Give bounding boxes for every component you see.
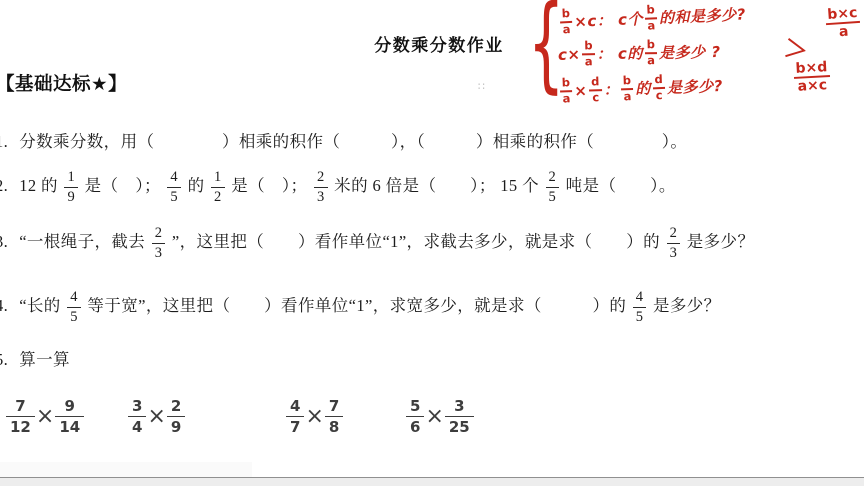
fraction-numerator: 2 bbox=[314, 168, 328, 188]
fraction: dc bbox=[589, 75, 602, 104]
fraction: ba bbox=[621, 74, 634, 103]
fraction-numerator: b bbox=[582, 39, 594, 54]
fraction-denominator: c bbox=[589, 91, 602, 105]
fraction-numerator: 1 bbox=[211, 168, 225, 188]
fraction: ba bbox=[645, 38, 658, 67]
question-5: 5.算一算 bbox=[0, 346, 864, 370]
fraction: dc bbox=[652, 73, 665, 102]
question-number: 1. bbox=[0, 132, 8, 152]
fraction: 78 bbox=[325, 396, 343, 438]
question-3: 3.“一根绳子，截去 23 ”，这里把（ ）看作单位“1”，求截去多少，就是求（… bbox=[0, 224, 864, 263]
worksheet-page: 分数乘分数作业 { ba×c： c个ba的和是多少? c×ba： c的ba是多少… bbox=[0, 0, 864, 486]
annotation-result-2: b×da×c bbox=[791, 59, 833, 95]
question-1: 1.分数乘分数，用（ ）相乘的积作（ ），（ ）相乘的积作（ ）。 bbox=[0, 128, 864, 152]
fraction-numerator: b bbox=[560, 76, 573, 92]
fraction-numerator: 2 bbox=[667, 224, 681, 244]
fraction: 45 bbox=[167, 168, 181, 207]
text-run: 的 bbox=[635, 77, 651, 99]
text-run: × bbox=[36, 404, 54, 429]
fraction: 23 bbox=[314, 168, 328, 207]
text-run: ： c的 bbox=[597, 42, 643, 64]
text-run: “长的 bbox=[19, 296, 65, 315]
text-run: 的和是多少? bbox=[659, 3, 747, 28]
text-run: 的 bbox=[183, 176, 209, 195]
annotation-line-3: ba×dc：ba的dc是多少? bbox=[531, 65, 792, 109]
fraction-numerator: b bbox=[559, 7, 572, 23]
question-text: 算一算 bbox=[19, 350, 70, 369]
fraction: 56 bbox=[406, 396, 424, 438]
fraction-denominator: a bbox=[621, 90, 634, 104]
text-run: 吨是（ ）。 bbox=[561, 176, 676, 195]
text-run: c× bbox=[558, 45, 581, 63]
fraction-numerator: 4 bbox=[286, 396, 304, 417]
fraction-numerator: d bbox=[589, 75, 602, 91]
fraction-numerator: 4 bbox=[633, 288, 647, 308]
text-run: × bbox=[305, 404, 323, 429]
question-4: 4.“长的 45 等于宽”，这里把（ ）看作单位“1”，求宽多少，就是求（ ）的… bbox=[0, 288, 864, 327]
page-shadow bbox=[0, 462, 252, 477]
fraction-denominator: 3 bbox=[667, 244, 681, 263]
fraction-denominator: 5 bbox=[167, 188, 181, 207]
fraction: 34 bbox=[128, 396, 146, 438]
fraction: 712 bbox=[6, 396, 35, 438]
text-run: ×c： c个 bbox=[574, 8, 643, 32]
text-run: 分数乘分数，用（ ）相乘的积作（ ），（ ）相乘的积作（ ）。 bbox=[19, 132, 687, 151]
fraction-numerator: b bbox=[621, 74, 634, 90]
text-run: 是（ ）； bbox=[80, 176, 165, 195]
question-text: 分数乘分数，用（ ）相乘的积作（ ），（ ）相乘的积作（ ）。 bbox=[19, 132, 687, 151]
fraction: 47 bbox=[286, 396, 304, 438]
fraction-denominator: 5 bbox=[546, 188, 560, 207]
fraction-denominator: a bbox=[645, 19, 658, 33]
fraction-numerator: 9 bbox=[55, 396, 84, 417]
text-run: × bbox=[574, 81, 588, 99]
fraction-denominator: 3 bbox=[314, 188, 328, 207]
fraction-denominator: a bbox=[582, 55, 594, 68]
smudge-mark: ∷ bbox=[478, 80, 485, 93]
question-number: 5. bbox=[0, 350, 8, 370]
text-run: 是多少? bbox=[667, 75, 723, 98]
fraction-numerator: 2 bbox=[152, 224, 166, 244]
fraction-denominator: 9 bbox=[167, 417, 185, 437]
fraction-numerator: b×d bbox=[793, 59, 830, 79]
text-run: “一根绳子，截去 bbox=[19, 232, 150, 251]
fraction-denominator: 5 bbox=[633, 308, 647, 327]
section-header: 【基础达标★】 bbox=[0, 70, 127, 96]
text-run: 12 的 bbox=[19, 176, 62, 195]
fraction-numerator: 4 bbox=[167, 168, 181, 188]
fraction: 45 bbox=[67, 288, 81, 327]
calc-expression-2: 34×29 bbox=[128, 396, 185, 438]
calc-expression-4: 56×325 bbox=[406, 396, 474, 438]
fraction-numerator: 2 bbox=[546, 168, 560, 188]
fraction-denominator: 14 bbox=[55, 417, 84, 437]
fraction-denominator: 5 bbox=[67, 308, 81, 327]
calc-expression-3: 47×78 bbox=[286, 396, 343, 438]
fraction-numerator: 1 bbox=[64, 168, 78, 188]
fraction: 914 bbox=[55, 396, 84, 438]
fraction-denominator: 6 bbox=[406, 417, 424, 437]
fraction-denominator: 2 bbox=[211, 188, 225, 207]
question-number: 2. bbox=[0, 176, 8, 196]
fraction-numerator: 3 bbox=[128, 396, 146, 417]
question-number: 3. bbox=[0, 232, 8, 252]
annotation-result-1: b×ca bbox=[823, 5, 863, 42]
fraction: b×da×c bbox=[793, 59, 831, 95]
fraction: b×ca bbox=[825, 5, 861, 41]
fraction-denominator: 9 bbox=[64, 188, 78, 207]
fraction-denominator: 8 bbox=[325, 417, 343, 437]
fraction: 45 bbox=[633, 288, 647, 327]
fraction-denominator: a bbox=[826, 23, 861, 41]
fraction-denominator: 7 bbox=[286, 417, 304, 437]
fraction-numerator: b bbox=[644, 4, 657, 20]
text-run: ”，这里把（ ）看作单位“1”，求截去多少，就是求（ ）的 bbox=[167, 232, 664, 251]
fraction: 325 bbox=[445, 396, 474, 438]
fraction-denominator: a bbox=[645, 54, 657, 67]
text-run: ： bbox=[603, 79, 619, 101]
fraction-denominator: 12 bbox=[6, 417, 35, 437]
fraction-numerator: b bbox=[645, 38, 657, 53]
fraction-denominator: 4 bbox=[128, 417, 146, 437]
fraction: 23 bbox=[152, 224, 166, 263]
text-run: 是多少 ? bbox=[659, 41, 721, 63]
fraction-denominator: 25 bbox=[445, 417, 474, 437]
text-run: 是多少？ bbox=[648, 296, 720, 315]
fraction: 19 bbox=[64, 168, 78, 207]
fraction: 12 bbox=[211, 168, 225, 207]
question-text: “长的 45 等于宽”，这里把（ ）看作单位“1”，求宽多少，就是求（ ）的 4… bbox=[19, 296, 720, 315]
fraction: ba bbox=[560, 76, 573, 105]
fraction-numerator: 7 bbox=[6, 396, 35, 417]
question-2: 2.12 的 19 是（ ）； 45 的 12 是（ ）； 23 米的 6 倍是… bbox=[0, 168, 864, 207]
fraction-denominator: a bbox=[560, 92, 573, 106]
fraction-denominator: 3 bbox=[152, 244, 166, 263]
page-bottom-edge bbox=[0, 477, 864, 486]
fraction-numerator: 5 bbox=[406, 396, 424, 417]
fraction-numerator: 4 bbox=[67, 288, 81, 308]
fraction: 23 bbox=[667, 224, 681, 263]
calc-expression-1: 712×914 bbox=[6, 396, 84, 438]
question-text: “一根绳子，截去 23 ”，这里把（ ）看作单位“1”，求截去多少，就是求（ ）… bbox=[19, 232, 754, 251]
text-run: 是（ ）； bbox=[227, 176, 312, 195]
fraction-denominator: a×c bbox=[794, 77, 831, 95]
fraction-numerator: b×c bbox=[825, 5, 860, 25]
text-run: × bbox=[425, 404, 443, 429]
fraction: ba bbox=[582, 39, 595, 68]
fraction-denominator: c bbox=[653, 88, 666, 102]
fraction: ba bbox=[644, 4, 657, 33]
fraction: 29 bbox=[167, 396, 185, 438]
text-run: 米的 6 倍是（ ）； 15 个 bbox=[330, 176, 544, 195]
fraction-numerator: 7 bbox=[325, 396, 343, 417]
fraction-numerator: 3 bbox=[445, 396, 474, 417]
fraction: ba bbox=[559, 7, 572, 36]
text-run: 算一算 bbox=[19, 350, 70, 369]
question-number: 4. bbox=[0, 296, 8, 316]
fraction: 25 bbox=[546, 168, 560, 207]
question-text: 12 的 19 是（ ）； 45 的 12 是（ ）； 23 米的 6 倍是（ … bbox=[19, 176, 676, 195]
fraction-denominator: a bbox=[560, 22, 573, 36]
text-run: 等于宽”，这里把（ ）看作单位“1”，求宽多少，就是求（ ）的 bbox=[83, 296, 631, 315]
fraction-numerator: 2 bbox=[167, 396, 185, 417]
fraction-numerator: d bbox=[652, 73, 665, 89]
text-run: × bbox=[147, 404, 165, 429]
text-run: 是多少？ bbox=[682, 232, 754, 251]
handwritten-annotation: { ba×c： c个ba的和是多少? c×ba： c的ba是多少 ? ba×dc… bbox=[532, 0, 792, 105]
